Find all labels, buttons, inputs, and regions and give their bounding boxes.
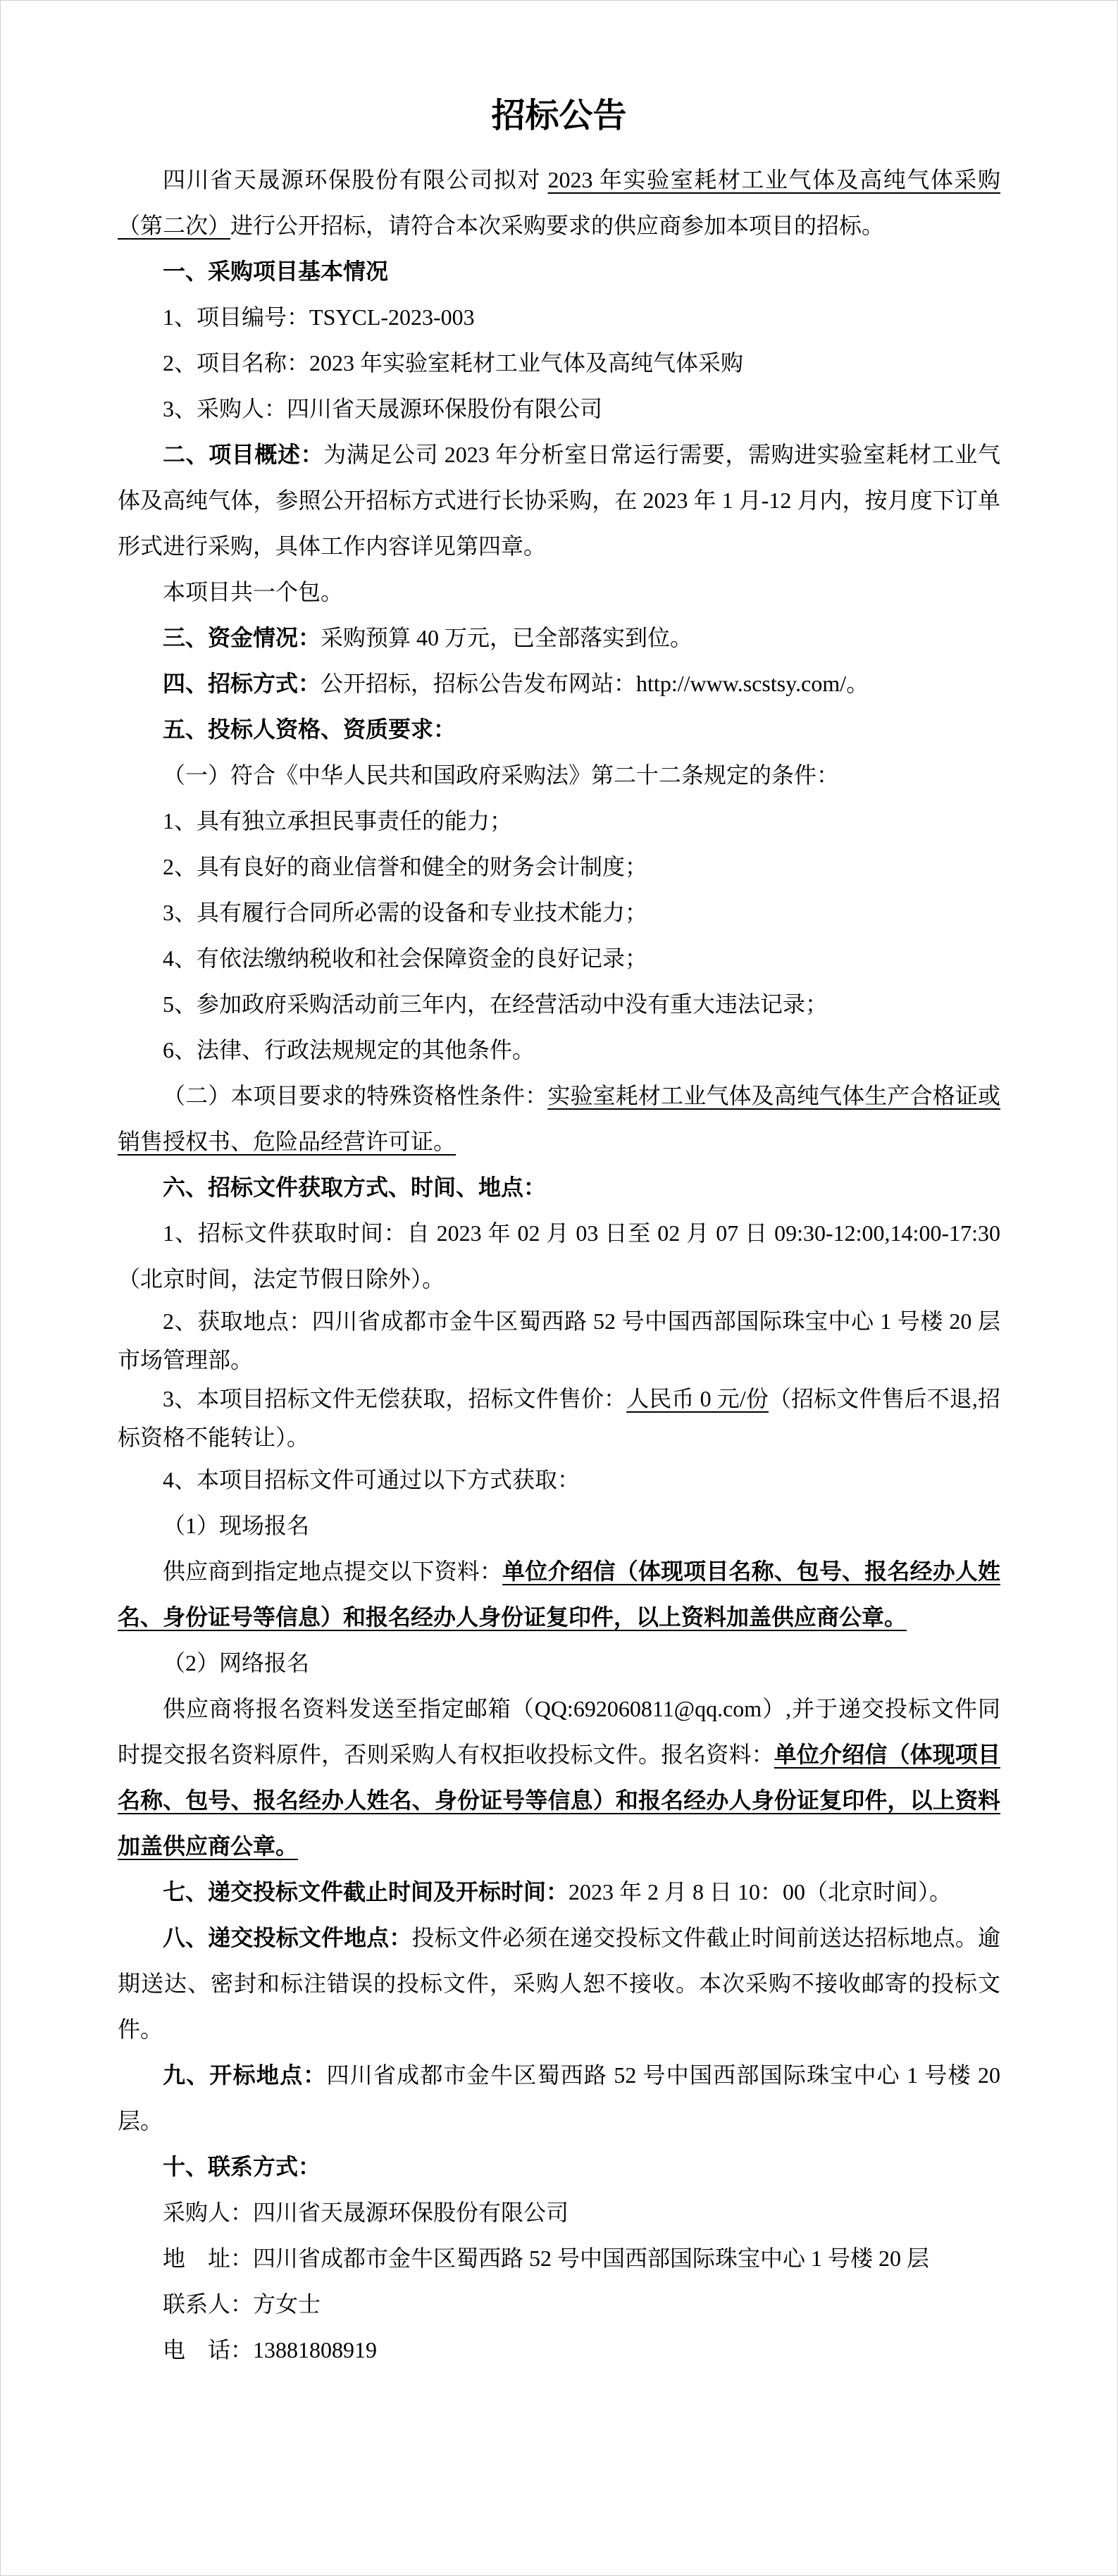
text-run: 1、招标文件获取时间：自 2023 年 02 月 03 日至 02 月 07 日… — [118, 1220, 1000, 1292]
paragraph: （二）本项目要求的特殊资格性条件：实验室耗材工业气体及高纯气体生产合格证或销售授… — [118, 1073, 1000, 1165]
text-run: 六、招标文件获取方式、时间、地点： — [163, 1175, 546, 1200]
paragraph: 联系人：方女士 — [118, 2281, 1000, 2327]
text-run: 1、项目编号： — [163, 304, 309, 330]
text-run: 八、递交投标文件地点： — [163, 1925, 412, 1950]
text-run: 电 话： — [163, 2337, 253, 2363]
paragraph: 1、招标文件获取时间：自 2023 年 02 月 03 日至 02 月 07 日… — [118, 1210, 1000, 1302]
text-run: 3、本项目招标文件无偿获取，招标文件售价： — [163, 1386, 626, 1411]
paragraph: （1）现场报名 — [118, 1503, 1000, 1549]
text-run: 4、本项目招标文件可通过以下方式获取： — [163, 1467, 580, 1492]
text-run: 2023 年 2 月 8 日 10：00（北京时间）。 — [569, 1879, 952, 1905]
paragraph: 供应商将报名资料发送至指定邮箱（QQ:692060811@qq.com）,并于递… — [118, 1686, 1000, 1869]
paragraph: （2）网络报名 — [118, 1640, 1000, 1686]
paragraph: 2、项目名称：2023 年实验室耗材工业气体及高纯气体采购 — [118, 340, 1000, 386]
section-9-paragraph: 九、开标地点：四川省成都市金牛区蜀西路 52 号中国西部国际珠宝中心 1 号楼 … — [118, 2052, 1000, 2144]
text-run: 公开招标，招标公告发布网站： — [321, 671, 636, 696]
text-run: 三、资金情况： — [163, 625, 321, 650]
text-run: 采购人：四川省天晟源环保股份有限公司 — [163, 2200, 569, 2225]
text-run: 4、有依法缴纳税收和社会保障资金的良好记录； — [163, 946, 647, 971]
text-run: （1）现场报名 — [163, 1513, 309, 1538]
section-6-heading: 六、招标文件获取方式、时间、地点： — [118, 1165, 1000, 1210]
text-run: 四川省天晟源环保股份有限公司拟对 — [163, 167, 548, 192]
paragraph: 3、具有履行合同所必需的设备和专业技术能力； — [118, 890, 1000, 936]
paragraph: 采购人：四川省天晟源环保股份有限公司 — [118, 2190, 1000, 2236]
text-run: 供应商到指定地点提交以下资料： — [163, 1559, 502, 1584]
document-title: 招标公告 — [118, 91, 1000, 142]
text-run: 3、具有履行合同所必需的设备和专业技术能力； — [163, 900, 647, 925]
text-run: 。 — [846, 671, 869, 696]
website-url: http://www.scstsy.com/ — [636, 671, 846, 696]
text-run: （2）网络报名 — [163, 1650, 309, 1676]
text-run: 联系人： — [163, 2291, 253, 2317]
paragraph: 本项目共一个包。 — [118, 569, 1000, 615]
paragraph: 1、项目编号：TSYCL-2023-003 — [118, 295, 1000, 340]
paragraph: 4、有依法缴纳税收和社会保障资金的良好记录； — [118, 936, 1000, 982]
section-5-heading: 五、投标人资格、资质要求： — [118, 707, 1000, 753]
paragraph: 4、本项目招标文件可通过以下方式获取： — [118, 1457, 1000, 1503]
document-page: 招标公告 四川省天晟源环保股份有限公司拟对 2023 年实验室耗材工业气体及高纯… — [0, 0, 1118, 2576]
paragraph: 3、本项目招标文件无偿获取，招标文件售价：人民币 0 元/份（招标文件售后不退,… — [118, 1380, 1000, 1457]
project-number: TSYCL-2023-003 — [309, 304, 475, 330]
text-run: 十、联系方式： — [163, 2154, 321, 2179]
text-run: 本项目共一个包。 — [163, 579, 343, 605]
text-run: 供应商将报名资料发送至指定邮箱（ — [163, 1696, 535, 1721]
text-run: （二）本项目要求的特殊资格性条件： — [163, 1083, 547, 1108]
text-run: 3、采购人：四川省天晟源环保股份有限公司 — [163, 396, 602, 421]
contact-person: 方女士 — [253, 2291, 321, 2317]
paragraph: 5、参加政府采购活动前三年内，在经营活动中没有重大违法记录； — [118, 982, 1000, 1027]
section-8-paragraph: 八、递交投标文件地点：投标文件必须在递交投标文件截止时间前送达招标地点。逾期送达… — [118, 1915, 1000, 2052]
text-run: 采购预算 40 万元，已全部落实到位。 — [321, 625, 692, 650]
section-2-paragraph: 二、项目概述：为满足公司 2023 年分析室日常运行需要，需购进实验室耗材工业气… — [118, 432, 1000, 569]
text-run: 2、具有良好的商业信誉和健全的财务会计制度； — [163, 854, 647, 879]
text-run: 6、法律、行政法规规定的其他条件。 — [163, 1037, 535, 1063]
text-run: （一）符合《中华人民共和国政府采购法》第二十二条规定的条件： — [163, 762, 839, 788]
text-run: 五、投标人资格、资质要求： — [163, 717, 456, 742]
paragraph: 6、法律、行政法规规定的其他条件。 — [118, 1027, 1000, 1073]
paragraph: 供应商到指定地点提交以下资料：单位介绍信（体现项目名称、包号、报名经办人姓名、身… — [118, 1549, 1000, 1640]
paragraph: 2、具有良好的商业信誉和健全的财务会计制度； — [118, 844, 1000, 890]
text-run: 四、招标方式： — [163, 671, 321, 696]
paragraph: 电 话：13881808919 — [118, 2327, 1000, 2373]
paragraph: 1、具有独立承担民事责任的能力； — [118, 798, 1000, 844]
text-run: 进行公开招标，请符合本次采购要求的供应商参加本项目的招标。 — [230, 213, 884, 238]
text-run: 七、递交投标文件截止时间及开标时间： — [163, 1879, 569, 1905]
section-4-paragraph: 四、招标方式：公开招标，招标公告发布网站：http://www.scstsy.c… — [118, 661, 1000, 707]
paragraph: 2、获取地点：四川省成都市金牛区蜀西路 52 号中国西部国际珠宝中心 1 号楼 … — [118, 1302, 1000, 1380]
text-run: 5、参加政府采购活动前三年内，在经营活动中没有重大违法记录； — [163, 991, 828, 1017]
text-run: 地 址：四川省成都市金牛区蜀西路 52 号中国西部国际珠宝中心 1 号楼 20 … — [163, 2246, 929, 2271]
text-run: 1、具有独立承担民事责任的能力； — [163, 808, 512, 834]
phone-number: 13881808919 — [253, 2337, 377, 2363]
section-7-paragraph: 七、递交投标文件截止时间及开标时间：2023 年 2 月 8 日 10：00（北… — [118, 1869, 1000, 1915]
text-run: 一、采购项目基本情况 — [163, 259, 388, 284]
section-10-heading: 十、联系方式： — [118, 2144, 1000, 2190]
text-run: 2、项目名称：2023 年实验室耗材工业气体及高纯气体采购 — [163, 350, 743, 376]
paragraph: 3、采购人：四川省天晟源环保股份有限公司 — [118, 386, 1000, 432]
paragraph: （一）符合《中华人民共和国政府采购法》第二十二条规定的条件： — [118, 753, 1000, 798]
document-body: 四川省天晟源环保股份有限公司拟对 2023 年实验室耗材工业气体及高纯气体采购（… — [118, 157, 1000, 2373]
paragraph: 地 址：四川省成都市金牛区蜀西路 52 号中国西部国际珠宝中心 1 号楼 20 … — [118, 2236, 1000, 2281]
text-run: 2、获取地点：四川省成都市金牛区蜀西路 52 号中国西部国际珠宝中心 1 号楼 … — [118, 1308, 1000, 1373]
text-run: 九、开标地点： — [163, 2062, 327, 2088]
intro-paragraph: 四川省天晟源环保股份有限公司拟对 2023 年实验室耗材工业气体及高纯气体采购（… — [118, 157, 1000, 249]
text-run: 二、项目概述： — [163, 442, 323, 467]
section-1-heading: 一、采购项目基本情况 — [118, 249, 1000, 295]
email-address: QQ:692060811@qq.com — [535, 1696, 762, 1721]
document-price-underlined: 人民币 0 元/份 — [626, 1386, 769, 1411]
section-3-paragraph: 三、资金情况：采购预算 40 万元，已全部落实到位。 — [118, 615, 1000, 661]
